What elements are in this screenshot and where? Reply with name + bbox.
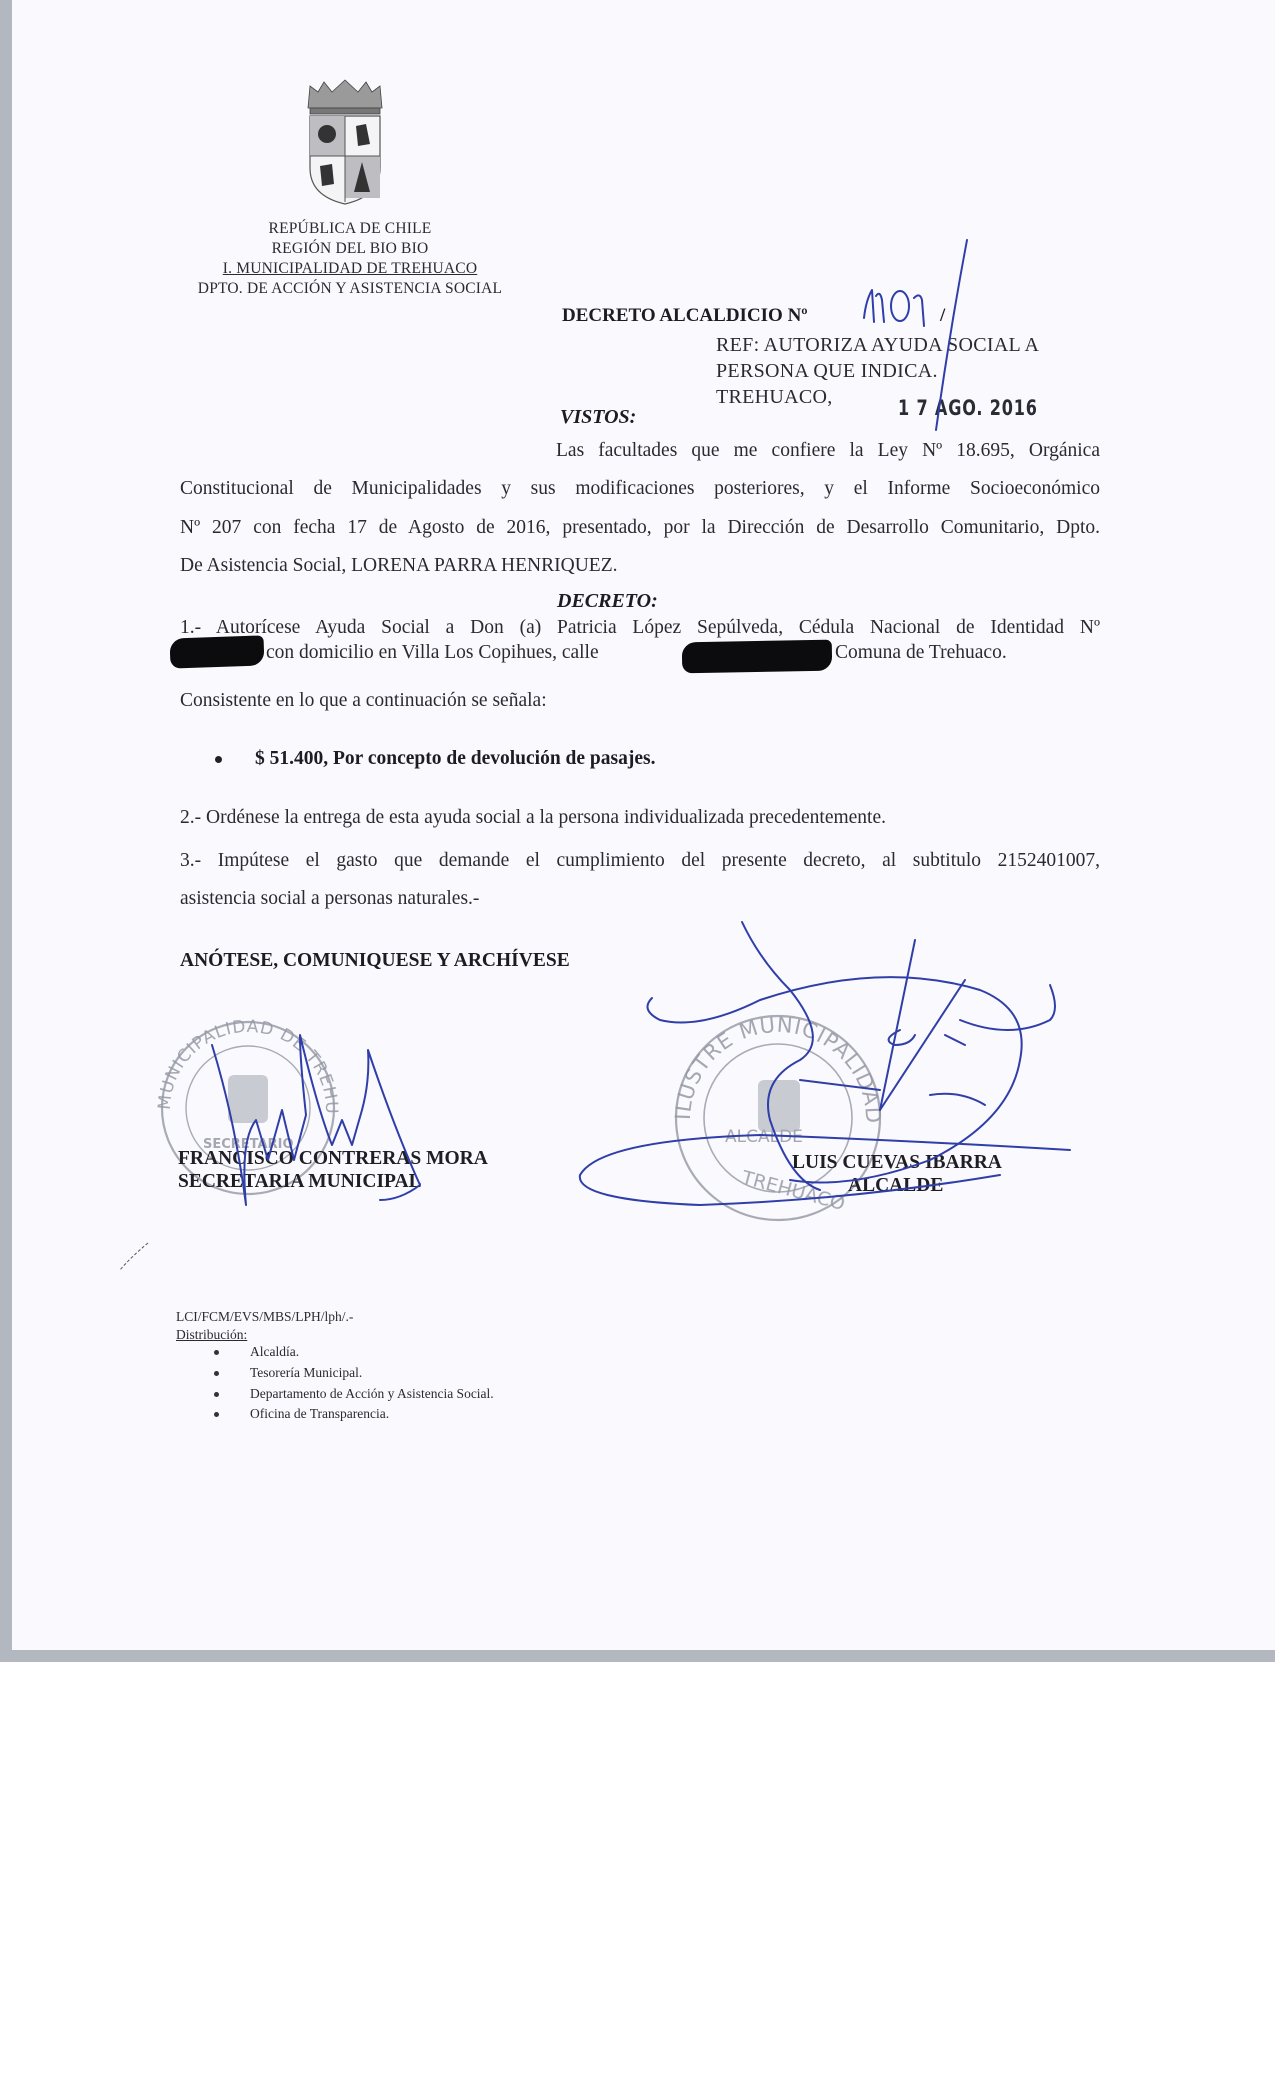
reference-initials: LCI/FCM/EVS/MBS/LPH/lph/.- [176,1309,353,1325]
distribution-label: Distribución: [176,1327,247,1343]
stray-pen-mark [0,0,1275,1300]
bullet-icon [214,1350,219,1355]
distribution-item: Alcaldía. [250,1344,299,1360]
bullet-icon [214,1371,219,1376]
bullet-icon [214,1412,219,1417]
distribution-item: Oficina de Transparencia. [250,1406,389,1422]
distribution-item: Tesorería Municipal. [250,1365,362,1381]
distribution-item: Departamento de Acción y Asistencia Soci… [250,1386,494,1402]
bullet-icon [214,1392,219,1397]
